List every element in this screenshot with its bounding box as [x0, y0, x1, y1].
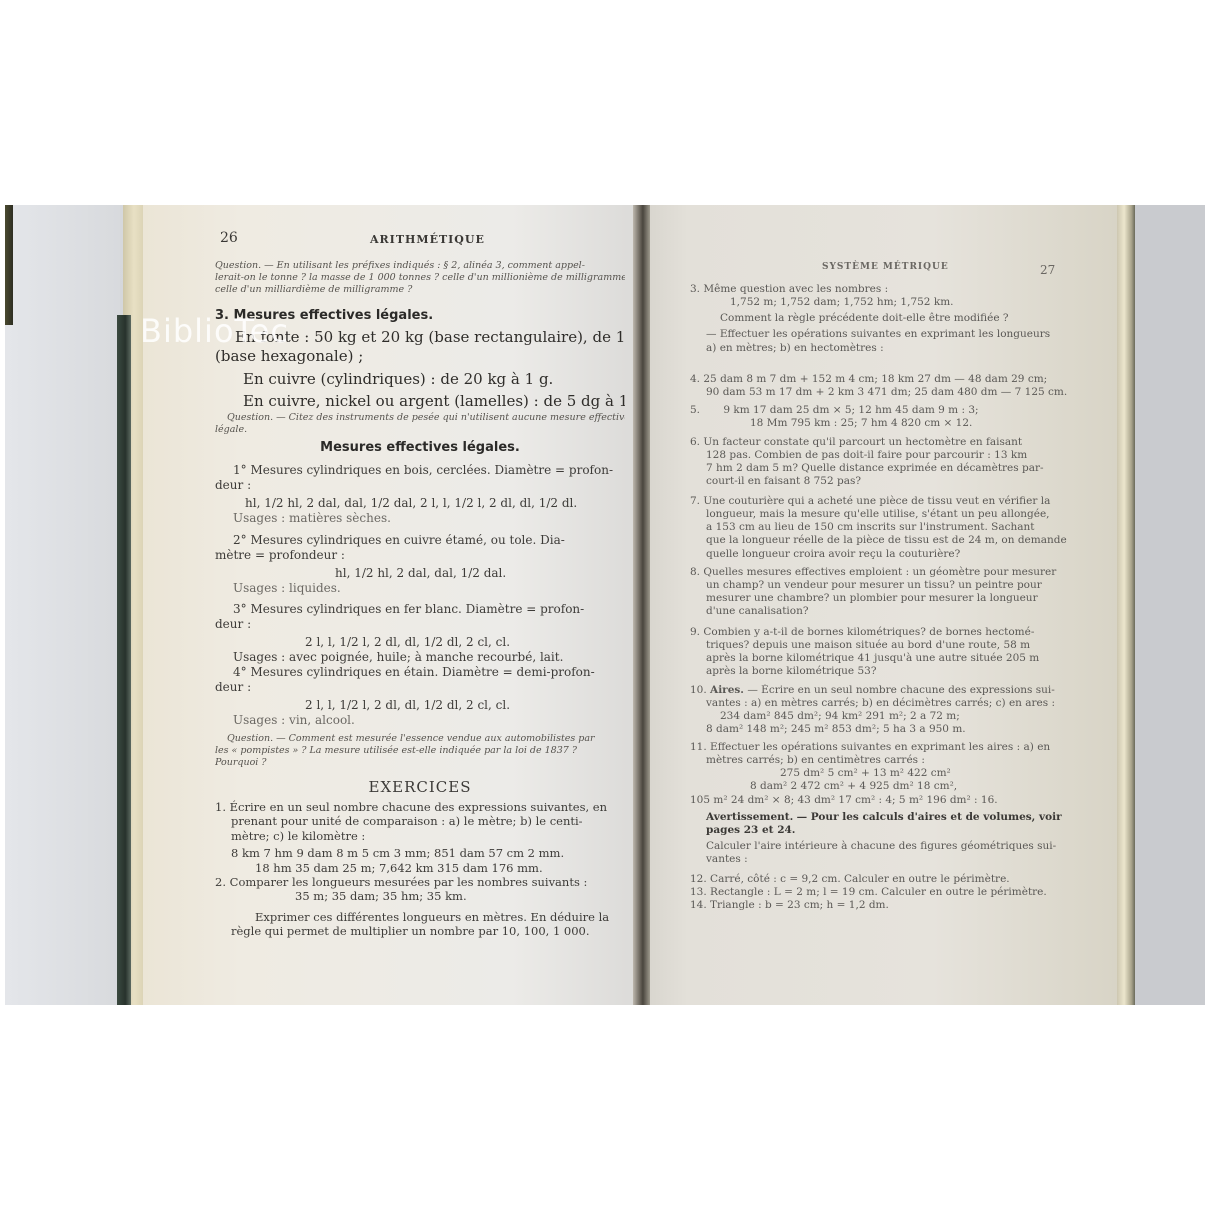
left-page-number: 26: [220, 230, 238, 246]
figures-instruction: Calculer l'aire intérieure à chacune des…: [690, 840, 1085, 866]
item-3: 3. Même question avec les nombres : 1,75…: [690, 283, 1085, 355]
question-prefixes: Question. — En utilisant les préfixes in…: [215, 260, 625, 296]
item-11: 11. Effectuer les opérations suivantes e…: [690, 741, 1085, 807]
item-7: 7. Une couturière qui a acheté une pièce…: [690, 495, 1085, 561]
mesure-2: 2° Mesures cylindriques en cuivre étamé,…: [215, 533, 625, 596]
right-page-number: 27: [1040, 263, 1055, 277]
mesure-3: 3° Mesures cylindriques en fer blanc. Di…: [215, 602, 625, 665]
book-gutter: [633, 205, 651, 1005]
exercises-heading: EXERCICES: [215, 778, 625, 797]
item-8: 8. Quelles mesures effectives emploient …: [690, 566, 1085, 619]
item-5: 5. 9 km 17 dam 25 dm × 5; 12 hm 45 dam 9…: [690, 404, 1085, 430]
exercise-1: 1. Écrire en un seul nombre chacune des …: [215, 800, 625, 875]
mesure-4: 4° Mesures cylindriques en étain. Diamèt…: [215, 665, 625, 728]
question-essence: Question. — Comment est mesurée l'essenc…: [215, 733, 625, 769]
item-4: 4. 25 dam 8 m 7 dm + 152 m 4 cm; 18 km 2…: [690, 373, 1085, 399]
mesure-1: 1° Mesures cylindriques en bois, cerclée…: [215, 463, 625, 526]
item-6: 6. Un facteur constate qu'il parcourt un…: [690, 436, 1085, 489]
spine-strip: [117, 315, 131, 1005]
mesures-heading: Mesures effectives légales.: [215, 440, 625, 456]
cover-edge: [5, 205, 13, 325]
item-10: 10. Aires. — Écrire en un seul nombre ch…: [690, 684, 1085, 737]
exercise-2: 2. Comparer les longueurs mesurées par l…: [215, 875, 625, 939]
book-cover-left: [5, 205, 120, 1005]
item-9: 9. Combien y a-t-il de bornes kilométriq…: [690, 626, 1085, 679]
backdrop: [1135, 205, 1205, 1005]
right-running-head: SYSTÈME MÉTRIQUE: [822, 262, 949, 272]
question-pesee: Question. — Citez des instruments de pes…: [215, 412, 625, 436]
watermark-logo: BiblioTec: [140, 312, 289, 350]
warning-note: Avertissement. — Pour les calculs d'aire…: [690, 811, 1085, 837]
left-running-head: ARITHMÉTIQUE: [370, 233, 485, 246]
page-edges-right: [1117, 205, 1135, 1005]
figures-list: 12. Carré, côté : c = 9,2 cm. Calculer e…: [690, 873, 1085, 912]
